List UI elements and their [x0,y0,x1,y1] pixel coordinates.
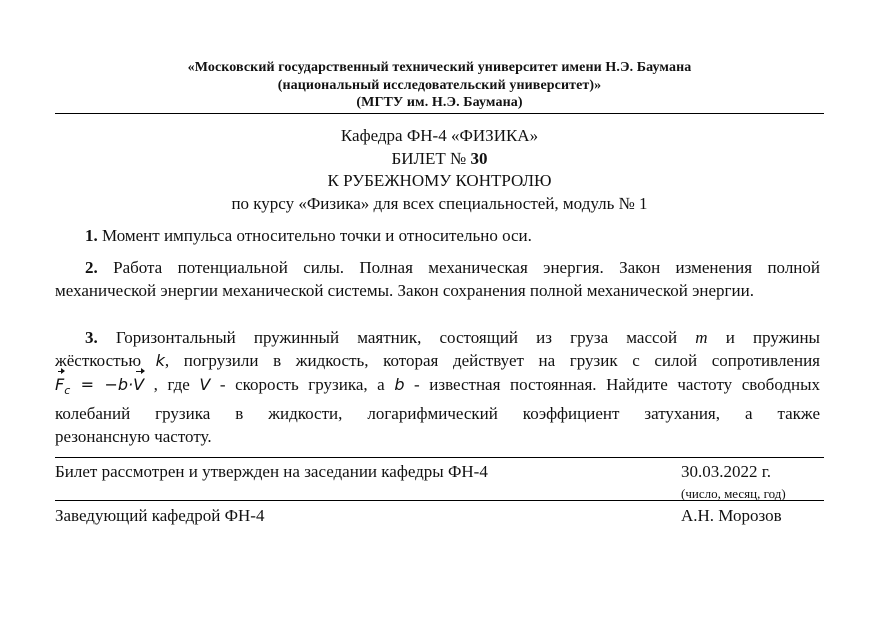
question-text: Работа потенциальной силы. Полная механи… [55,258,820,300]
head-name: А.Н. Морозов [681,506,782,526]
question-number: 2. [85,258,98,277]
ticket-number: 30 [471,149,488,168]
question-1: 1. Момент импульса относительно точки и … [55,225,820,248]
variable-m: m [695,328,707,347]
question-text: Момент импульса относительно точки и отн… [98,226,532,245]
force-formula: Fc = −b·V [55,375,144,394]
question-2: 2. Работа потенциальной силы. Полная мех… [55,257,820,302]
question-number: 1. [85,226,98,245]
variable-k: k [156,351,165,370]
approval-text: Билет рассмотрен и утвержден на заседани… [55,462,488,482]
question-number: 3. [85,328,98,347]
question-3-line-1: 3. Горизонтальный пружинный маятник, сос… [55,327,820,350]
control-title: К РУБЕЖНОМУ КОНТРОЛЮ [55,170,824,193]
department-title: Кафедра ФН-4 «ФИЗИКА» [55,125,824,148]
vector-arrow-V: V [133,372,144,397]
footer-divider-bottom [55,500,824,501]
vector-arrow-F: F [55,372,64,397]
date-hint: (число, месяц, год) [681,484,786,504]
question-3-line-3: Fc = −b·V , где V - скорость грузика, а … [55,372,820,403]
question-3-line-5: резонансную частоту. [55,426,820,449]
ticket-number-line: БИЛЕТ № 30 [55,148,824,171]
university-name-line1: «Московский государственный технический … [55,59,824,77]
ticket-prefix: БИЛЕТ № [391,149,470,168]
approval-date: 30.03.2022 г. [681,462,771,482]
footer-divider-top [55,457,824,458]
university-name-line2: (национальный исследовательский универси… [55,77,824,95]
course-line: по курсу «Физика» для всех специальносте… [55,193,824,216]
variable-b: b [394,375,404,394]
header-divider [55,113,824,114]
university-abbrev: (МГТУ им. Н.Э. Баумана) [55,94,824,112]
head-title: Заведующий кафедрой ФН-4 [55,506,264,526]
question-3-line-2: жёсткостью k, погрузили в жидкость, кото… [55,350,820,373]
university-header: «Московский государственный технический … [55,59,824,112]
question-3: 3. Горизонтальный пружинный маятник, сос… [55,327,820,448]
ticket-title-block: Кафедра ФН-4 «ФИЗИКА» БИЛЕТ № 30 К РУБЕЖ… [55,125,824,215]
variable-V: V [199,375,210,394]
question-3-line-4: колебаний грузика в жидкости, логарифмич… [55,403,820,426]
